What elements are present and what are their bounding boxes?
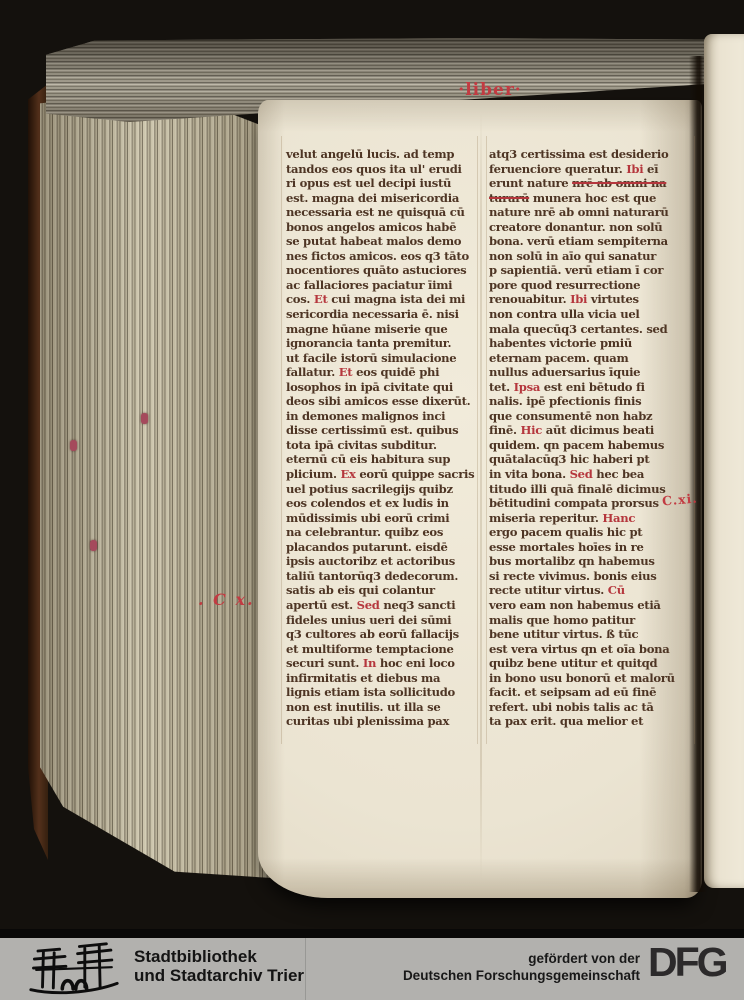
manuscript-column-left: velut angelū lucis. ad temptandos eos qu… [286,147,480,729]
manuscript-line: nature nrē ab omni naturarū [489,205,695,220]
manuscript-line: fallatur. Et eos quidē phi [286,365,480,380]
manuscript-line: finē. Hic aūt dicimus beati [489,423,695,438]
manuscript-line: uel potius sacrilegijs quibz [286,482,480,497]
column-ruling-line [281,136,282,744]
manuscript-line: infirmitatis et diebus ma [286,671,480,686]
manuscript-line: quātalacūq3 hic haberi pt [489,452,695,467]
manuscript-line: ri opus est uel decipi iustū [286,176,480,191]
manuscript-line: lignis etiam ista sollicitudo [286,685,480,700]
manuscript-line: cos. Et cui magna ista dei mi [286,292,480,307]
manuscript-line: necessaria est ne quisquā cū [286,205,480,220]
manuscript-line: non contra ulla vicia uel [489,307,695,322]
manuscript-line: losophos in ipā civitate qui [286,380,480,395]
manuscript-line: mūdissimis ubi eorū crimi [286,511,480,526]
manuscript-line: ac fallaciores paciatur īimi [286,278,480,293]
manuscript-line: tandos eos quos ita ul' erudi [286,162,480,177]
chapter-mark-cxi: C.xi. [661,490,698,508]
manuscript-line: est. magna dei misericordia [286,191,480,206]
manuscript-line: placandos putarunt. eisdē [286,540,480,555]
running-title: ·liber· [428,80,552,100]
manuscript-line: non solū in aīo qui sanatur [489,249,695,264]
manuscript-line: bene utitur virtus. ß tūc [489,627,695,642]
library-name-line2: und Stadtarchiv Trier [134,966,304,985]
manuscript-line: esse mortales hoīes in re [489,540,695,555]
manuscript-line: non est inutilis. ut illa se [286,700,480,715]
manuscript-line: si recte vivimus. bonis eius [489,569,695,584]
manuscript-line: ta pax erit. qua melior et [489,714,695,729]
manuscript-line: creatore donantur. non solū [489,220,695,235]
manuscript-line: q3 cultores ab eorū fallacijs [286,627,480,642]
manuscript-line: quidem. qn pacem habemus [489,438,695,453]
manuscript-line: in demones malignos inci [286,409,480,424]
manuscript-line: est vera virtus qn et oīa bona [489,642,695,657]
manuscript-line: magne hūane miserie que [286,322,480,337]
manuscript-line: quibz bene utitur et quitqd [489,656,695,671]
manuscript-line: nes fictos amicos. eos q3 tāto [286,249,480,264]
footer-separator-strip [0,929,744,938]
manuscript-line: facit. et seipsam ad eū finē [489,685,695,700]
banner-divider [305,938,306,1000]
manuscript-line: atq3 certissima est desiderio [489,147,695,162]
footer-banner: Stadtbibliothek und Stadtarchiv Trier ge… [0,938,744,1000]
manuscript-line: in bono usu bonorū et malorū [489,671,695,686]
manuscript-line: sericordia necessaria ē. nisi [286,307,480,322]
manuscript-line: habentes victorie pmiū [489,336,695,351]
chapter-mark-cx: . C x. [198,590,255,609]
manuscript-line: eternū cū eis habitura sup [286,452,480,467]
manuscript-line: plicium. Ex eorū quippe sacris [286,467,480,482]
manuscript-line: eternam pacem. quam [489,351,695,366]
fore-edge-red-marker [141,413,148,424]
manuscript-line: turarū munera hoc est que [489,191,695,206]
page-crease [480,112,482,880]
manuscript-line: deos sibi amicos esse dixerūt. [286,394,480,409]
manuscript-line: refert. ubi nobis talis ac tā [489,700,695,715]
funding-line2: Deutschen Forschungsgemeinschaft [330,967,640,984]
manuscript-line: ut facile istorū simulacione [286,351,480,366]
manuscript-line: velut angelū lucis. ad temp [286,147,480,162]
manuscript-line: mala quecūq3 certantes. sed [489,322,695,337]
facing-page-sliver [704,34,744,888]
manuscript-column-right: atq3 certissima est desiderioferuenciore… [489,147,695,729]
manuscript-line: ipsis auctoribz et actoribus [286,554,480,569]
manuscript-line: in vita bona. Sed hec bea [489,467,695,482]
manuscript-line: tet. Ipsa est eni bētudo fi [489,380,695,395]
manuscript-line: disse certissimū est. quibus [286,423,480,438]
dfg-logo: DFG [648,939,742,986]
manuscript-line: nocentiores quāto astuciores [286,263,480,278]
manuscript-line: curitas ubi plenissima pax [286,714,480,729]
manuscript-line: feruenciore queratur. Ibi eī [489,162,695,177]
column-ruling-line [486,136,487,744]
funding-credit: gefördert von der Deutschen Forschungsge… [330,950,640,984]
manuscript-line: nullus aduersarius īquie [489,365,695,380]
fore-edge-page-stack [40,86,272,878]
manuscript-line: ignorancia tanta premitur. [286,336,480,351]
manuscript-line: erunt nature nrē ab omni na [489,176,695,191]
manuscript-line: apertū est. Sed neq3 sancti [286,598,480,613]
manuscript-line: recte utitur virtus. Cū [489,583,695,598]
manuscript-line: tota ipā civitas subditur. [286,438,480,453]
manuscript-line: eos colendos et ex ludis in [286,496,480,511]
porta-nigra-sketch-icon [24,942,124,996]
manuscript-line: satis ab eis qui colantur [286,583,480,598]
funding-line1: gefördert von der [330,950,640,967]
manuscript-line: renouabitur. Ibi virtutes [489,292,695,307]
manuscript-line: securi sunt. In hoc eni loco [286,656,480,671]
manuscript-line: bus mortalibz qn habemus [489,554,695,569]
manuscript-line: se putat habeat malos demo [286,234,480,249]
manuscript-line: que consumentē non habz [489,409,695,424]
library-name: Stadtbibliothek und Stadtarchiv Trier [134,947,304,985]
manuscript-line: bona. verū etiam sempiterna [489,234,695,249]
manuscript-line: vero eam non habemus etiā [489,598,695,613]
manuscript-line: et multiforme temptacione [286,642,480,657]
manuscript-line: na celebrantur. quibz eos [286,525,480,540]
manuscript-line: bonos angelos amicos habē [286,220,480,235]
manuscript-line: ergo pacem qualis hic pt [489,525,695,540]
fore-edge-red-marker [90,540,97,551]
manuscript-line: malis que homo patitur [489,613,695,628]
manuscript-line: taliū tantorūq3 dedecorum. [286,569,480,584]
manuscript-line: p sapientiā. verū etiam ī cor [489,263,695,278]
manuscript-line: fideles unius ueri dei sūmi [286,613,480,628]
manuscript-line: pore quod resurrectione [489,278,695,293]
manuscript-line: nalis. ipē pfectionis finis [489,394,695,409]
manuscript-line: miseria reperitur. Hanc [489,511,695,526]
fore-edge-red-marker [70,440,77,451]
library-name-line1: Stadtbibliothek [134,947,304,966]
